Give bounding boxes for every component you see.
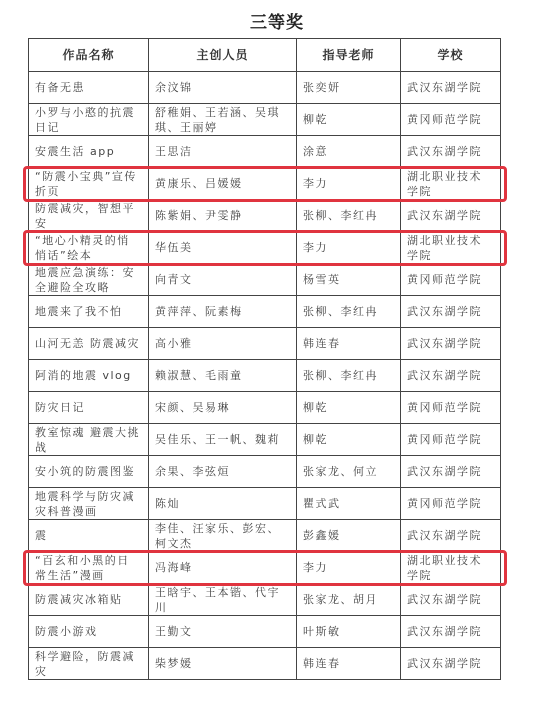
table-row: 地震应急演练：安全避险全攻略向青文杨雪英黄冈师范学院 xyxy=(29,264,501,296)
cell-advisor: 李力 xyxy=(297,552,401,584)
cell-creators: 陈紫娟、尹雯静 xyxy=(149,200,297,232)
cell-work: 教室惊魂 避震大挑战 xyxy=(29,424,149,456)
table-row: 安震生活 app王思洁涂意武汉东湖学院 xyxy=(29,136,501,168)
cell-school: 武汉东湖学院 xyxy=(401,648,501,680)
cell-work: 科学避险，防震减灾 xyxy=(29,648,149,680)
cell-creators: 陈灿 xyxy=(149,488,297,520)
cell-creators: 华伍美 xyxy=(149,232,297,264)
cell-work: 防震减灾，智想平安 xyxy=(29,200,149,232)
cell-advisor: 涂意 xyxy=(297,136,401,168)
cell-creators: 向青文 xyxy=(149,264,297,296)
cell-advisor: 张家龙、何立 xyxy=(297,456,401,488)
cell-work: 小罗与小憨的抗震日记 xyxy=(29,104,149,136)
cell-school: 黄冈师范学院 xyxy=(401,104,501,136)
cell-advisor: 张家龙、胡月 xyxy=(297,584,401,616)
cell-school: 湖北职业技术学院 xyxy=(401,168,501,200)
cell-work: 防震小游戏 xyxy=(29,616,149,648)
cell-creators: 舒稚娟、王若涵、吴琪琪、王丽婷 xyxy=(149,104,297,136)
cell-school: 武汉东湖学院 xyxy=(401,360,501,392)
cell-work: 防震减灾冰箱贴 xyxy=(29,584,149,616)
cell-work: 防灾日记 xyxy=(29,392,149,424)
cell-advisor: 柳乾 xyxy=(297,424,401,456)
cell-advisor: 张柳、李红冉 xyxy=(297,200,401,232)
cell-school: 武汉东湖学院 xyxy=(401,72,501,104)
table-row: 科学避险，防震减灾柴梦媛韩连春武汉东湖学院 xyxy=(29,648,501,680)
cell-school: 武汉东湖学院 xyxy=(401,136,501,168)
cell-school: 武汉东湖学院 xyxy=(401,200,501,232)
cell-school: 武汉东湖学院 xyxy=(401,520,501,552)
cell-school: 武汉东湖学院 xyxy=(401,616,501,648)
cell-work: 震 xyxy=(29,520,149,552)
table-row: 防震减灾，智想平安陈紫娟、尹雯静张柳、李红冉武汉东湖学院 xyxy=(29,200,501,232)
cell-advisor: 张奕妍 xyxy=(297,72,401,104)
table-row: 防震小游戏王勤文叶斯敏武汉东湖学院 xyxy=(29,616,501,648)
cell-creators: 王勤文 xyxy=(149,616,297,648)
header-creators: 主创人员 xyxy=(149,39,297,72)
cell-work: 山河无恙 防震减灾 xyxy=(29,328,149,360)
cell-work: 有备无患 xyxy=(29,72,149,104)
cell-school: 湖北职业技术学院 xyxy=(401,552,501,584)
cell-creators: 余汶锦 xyxy=(149,72,297,104)
cell-advisor: 韩连春 xyxy=(297,648,401,680)
table-row: 震李佳、汪家乐、彭宏、柯文杰彭鑫媛武汉东湖学院 xyxy=(29,520,501,552)
table-row-highlighted: “地心小精灵的悄悄话”绘本华伍美李力湖北职业技术学院 xyxy=(29,232,501,264)
table-row-highlighted: “防震小宝典”宣传折页黄康乐、吕媛媛李力湖北职业技术学院 xyxy=(29,168,501,200)
cell-work: 地震科学与防灾减灾科普漫画 xyxy=(29,488,149,520)
table-row: 小罗与小憨的抗震日记舒稚娟、王若涵、吴琪琪、王丽婷柳乾黄冈师范学院 xyxy=(29,104,501,136)
cell-creators: 宋颜、吴易琳 xyxy=(149,392,297,424)
cell-creators: 李佳、汪家乐、彭宏、柯文杰 xyxy=(149,520,297,552)
cell-school: 武汉东湖学院 xyxy=(401,456,501,488)
award-table: 作品名称 主创人员 指导老师 学校 有备无患余汶锦张奕妍武汉东湖学院小罗与小憨的… xyxy=(28,38,501,680)
cell-creators: 王晗宇、王本锴、代宇川 xyxy=(149,584,297,616)
cell-school: 武汉东湖学院 xyxy=(401,584,501,616)
cell-school: 湖北职业技术学院 xyxy=(401,232,501,264)
table-row: 地震科学与防灾减灾科普漫画陈灿瞿式武黄冈师范学院 xyxy=(29,488,501,520)
cell-creators: 黄萍萍、阮素梅 xyxy=(149,296,297,328)
cell-school: 黄冈师范学院 xyxy=(401,488,501,520)
cell-work: 地震来了我不怕 xyxy=(29,296,149,328)
cell-work: “百玄和小黑的日常生活”漫画 xyxy=(29,552,149,584)
cell-school: 黄冈师范学院 xyxy=(401,392,501,424)
cell-school: 武汉东湖学院 xyxy=(401,328,501,360)
cell-work: 安小筑的防震图鉴 xyxy=(29,456,149,488)
cell-school: 黄冈师范学院 xyxy=(401,264,501,296)
cell-work: “防震小宝典”宣传折页 xyxy=(29,168,149,200)
table-row: 防震减灾冰箱贴王晗宇、王本锴、代宇川张家龙、胡月武汉东湖学院 xyxy=(29,584,501,616)
cell-work: 地震应急演练：安全避险全攻略 xyxy=(29,264,149,296)
cell-advisor: 叶斯敏 xyxy=(297,616,401,648)
cell-work: 安震生活 app xyxy=(29,136,149,168)
cell-advisor: 韩连春 xyxy=(297,328,401,360)
cell-advisor: 张柳、李红冉 xyxy=(297,296,401,328)
cell-creators: 王思洁 xyxy=(149,136,297,168)
header-work: 作品名称 xyxy=(29,39,149,72)
cell-creators: 柴梦媛 xyxy=(149,648,297,680)
table-row: 地震来了我不怕黄萍萍、阮素梅张柳、李红冉武汉东湖学院 xyxy=(29,296,501,328)
cell-advisor: 柳乾 xyxy=(297,392,401,424)
cell-creators: 黄康乐、吕媛媛 xyxy=(149,168,297,200)
cell-advisor: 李力 xyxy=(297,168,401,200)
cell-creators: 赖淑慧、毛雨童 xyxy=(149,360,297,392)
cell-school: 黄冈师范学院 xyxy=(401,424,501,456)
cell-advisor: 李力 xyxy=(297,232,401,264)
page-title: 三等奖 xyxy=(0,8,554,33)
cell-advisor: 张柳、李红冉 xyxy=(297,360,401,392)
cell-advisor: 彭鑫媛 xyxy=(297,520,401,552)
header-advisor: 指导老师 xyxy=(297,39,401,72)
cell-work: 阿消的地震 vlog xyxy=(29,360,149,392)
cell-creators: 余果、李弦烜 xyxy=(149,456,297,488)
table-row: 教室惊魂 避震大挑战吴佳乐、王一帆、魏莉柳乾黄冈师范学院 xyxy=(29,424,501,456)
table-row-highlighted: “百玄和小黑的日常生活”漫画冯海峰李力湖北职业技术学院 xyxy=(29,552,501,584)
table-row: 阿消的地震 vlog赖淑慧、毛雨童张柳、李红冉武汉东湖学院 xyxy=(29,360,501,392)
cell-advisor: 杨雪英 xyxy=(297,264,401,296)
cell-advisor: 柳乾 xyxy=(297,104,401,136)
cell-work: “地心小精灵的悄悄话”绘本 xyxy=(29,232,149,264)
cell-creators: 高小雅 xyxy=(149,328,297,360)
table-row: 安小筑的防震图鉴余果、李弦烜张家龙、何立武汉东湖学院 xyxy=(29,456,501,488)
cell-advisor: 瞿式武 xyxy=(297,488,401,520)
cell-creators: 吴佳乐、王一帆、魏莉 xyxy=(149,424,297,456)
cell-creators: 冯海峰 xyxy=(149,552,297,584)
table-row: 防灾日记宋颜、吴易琳柳乾黄冈师范学院 xyxy=(29,392,501,424)
table-row: 有备无患余汶锦张奕妍武汉东湖学院 xyxy=(29,72,501,104)
header-school: 学校 xyxy=(401,39,501,72)
cell-school: 武汉东湖学院 xyxy=(401,296,501,328)
table-header-row: 作品名称 主创人员 指导老师 学校 xyxy=(29,39,501,72)
table-row: 山河无恙 防震减灾高小雅韩连春武汉东湖学院 xyxy=(29,328,501,360)
